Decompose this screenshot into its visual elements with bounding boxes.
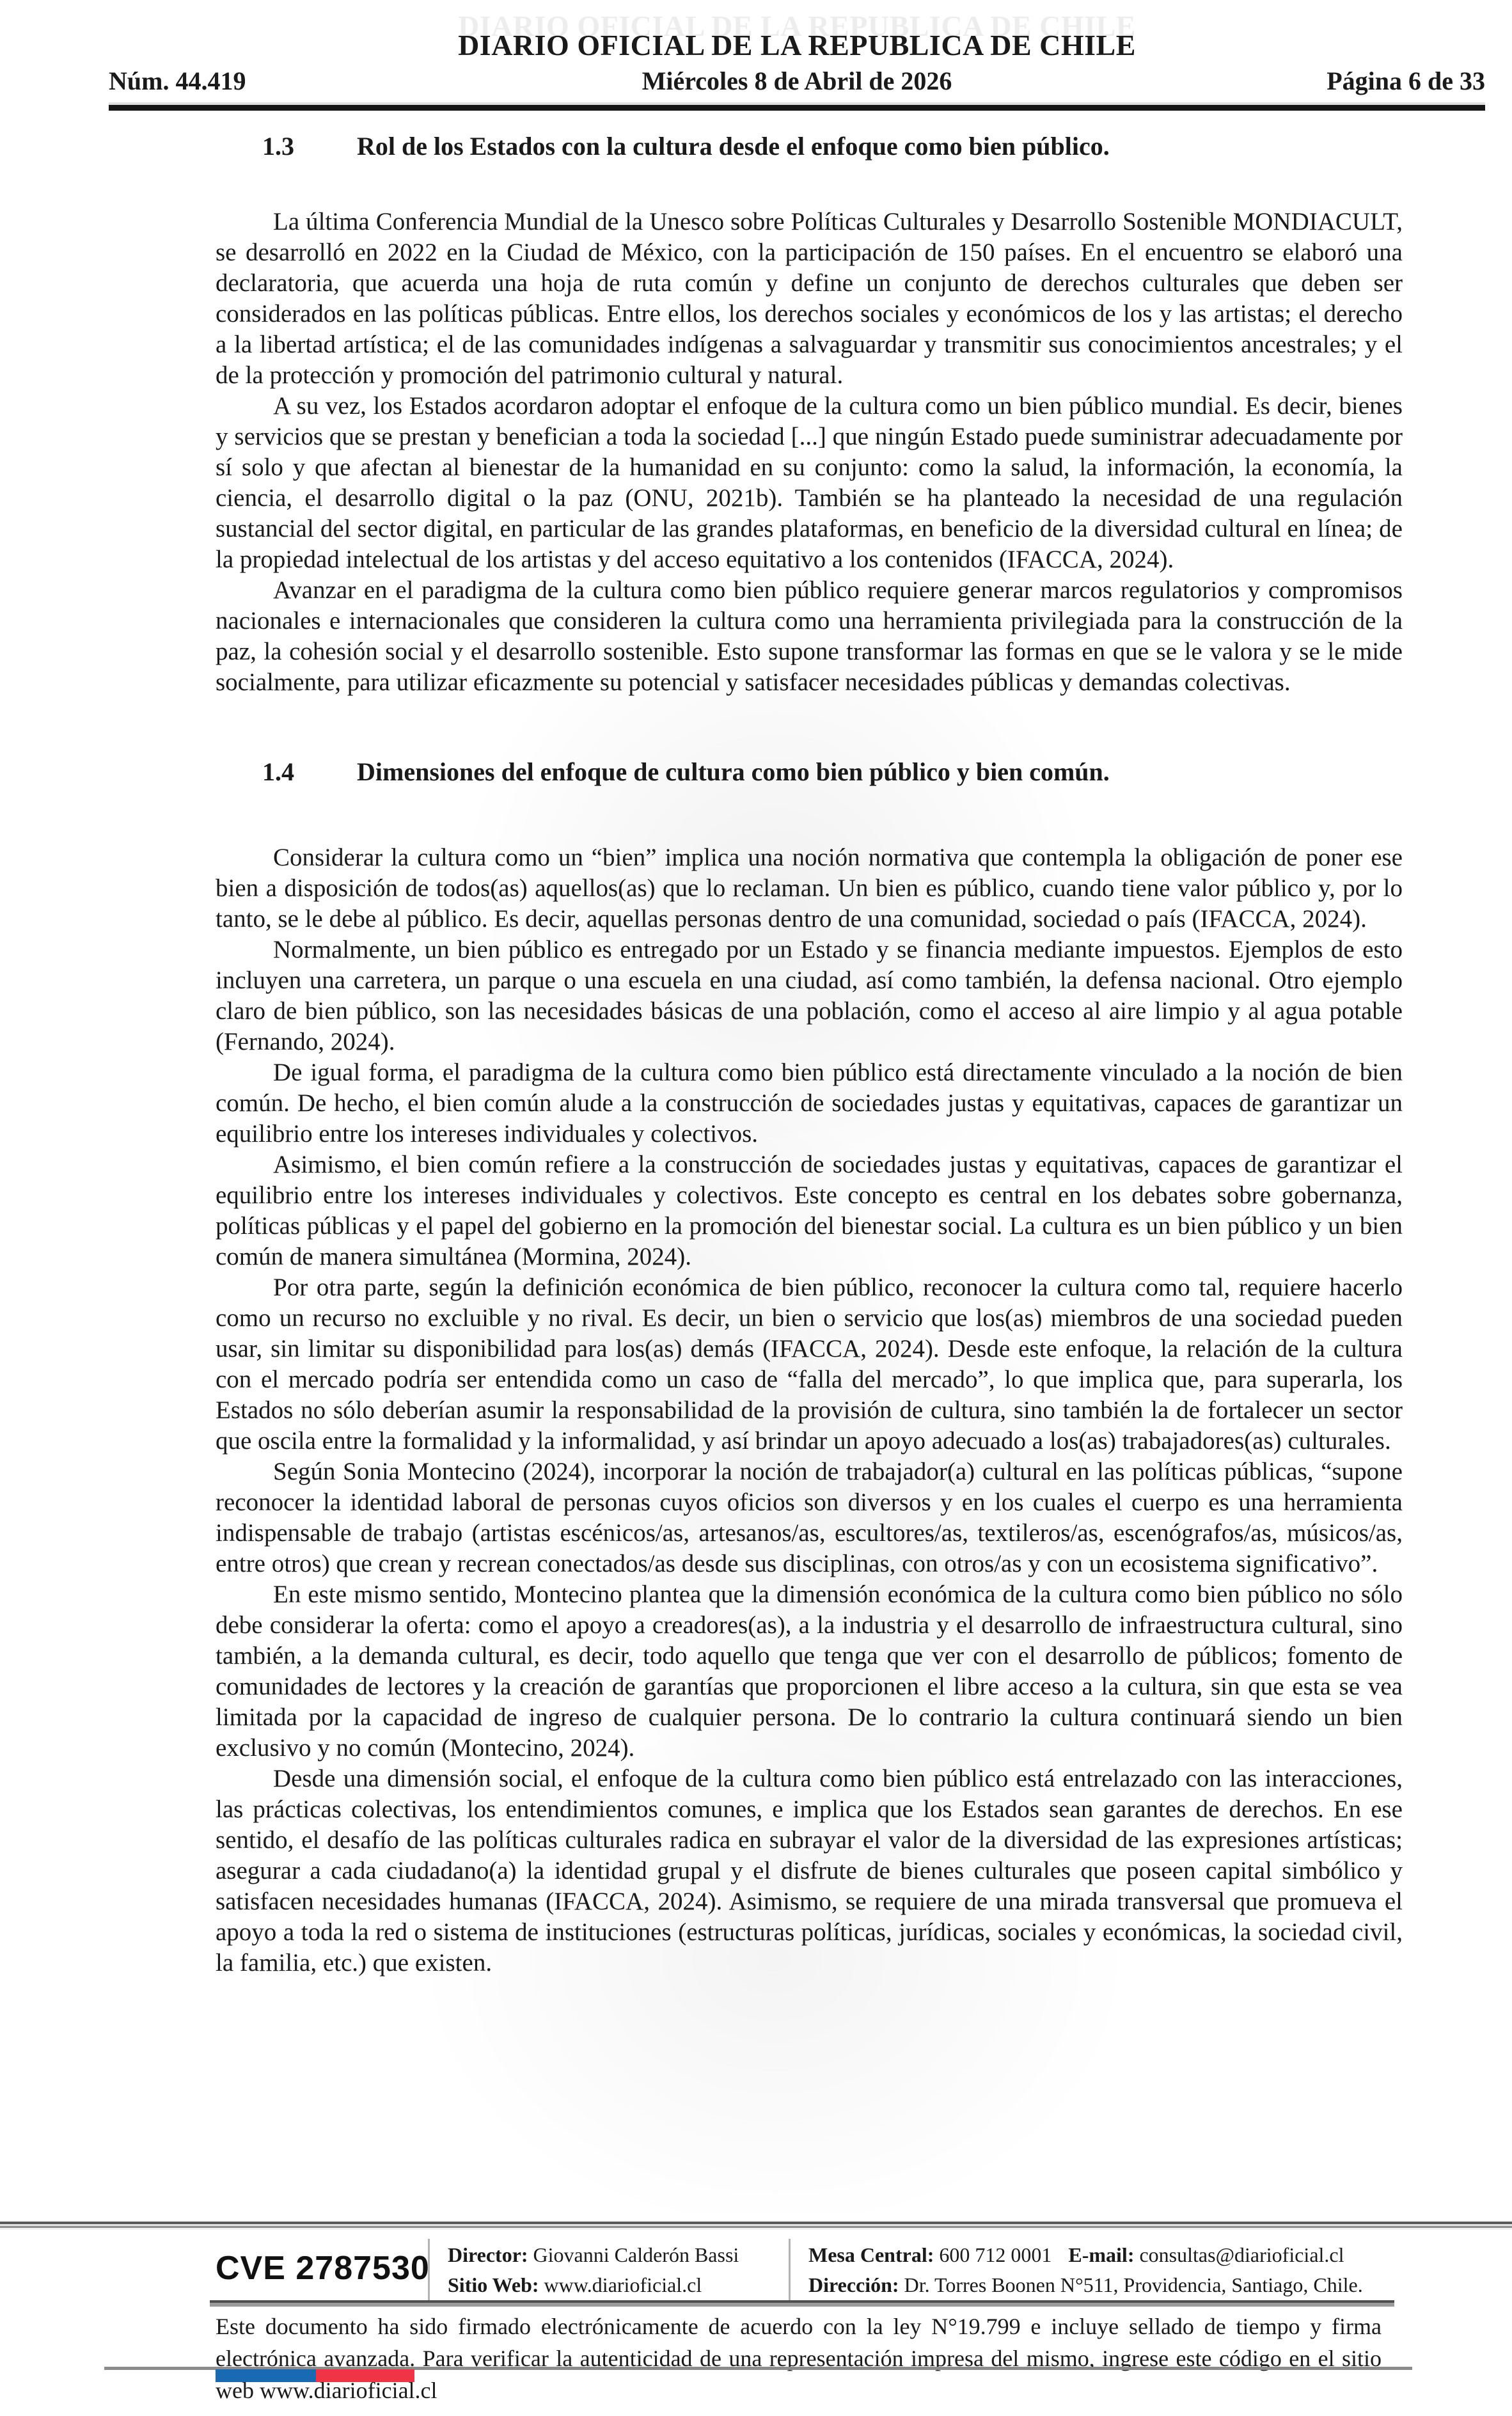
address-value: Dr. Torres Boonen N°511, Providencia, Sa… [904, 2273, 1363, 2296]
footer-divider [428, 2239, 430, 2303]
section-heading-1-3: 1.3Rol de los Estados con la cultura des… [216, 131, 1403, 162]
chile-flag-mark [216, 2369, 414, 2382]
masthead-title: DIARIO OFICIAL DE LA REPUBLICA DE CHILE [109, 27, 1485, 64]
paragraph: De igual forma, el paradigma de la cultu… [216, 1057, 1403, 1149]
flag-red-bar [316, 2369, 414, 2382]
website-line: Sitio Web: www.diarioficial.cl [448, 2270, 739, 2300]
footer-mid-rule [210, 2300, 1394, 2307]
paragraph: Desde una dimensión social, el enfoque d… [216, 1764, 1403, 1978]
paragraph: A su vez, los Estados acordaron adoptar … [216, 391, 1403, 575]
footer-director-block: Director: Giovanni Calderón Bassi Sitio … [448, 2240, 739, 2300]
paragraph: Por otra parte, según la definición econ… [216, 1272, 1403, 1457]
phone-email-line: Mesa Central: 600 712 0001E-mail: consul… [808, 2240, 1363, 2270]
email-address: consultas@diarioficial.cl [1139, 2243, 1344, 2266]
website-url: www.diarioficial.cl [544, 2273, 702, 2296]
section-title: Rol de los Estados con la cultura desde … [357, 132, 1110, 161]
email-label: E-mail: [1068, 2243, 1134, 2266]
page-indicator: Página 6 de 33 [952, 65, 1485, 97]
flag-blue-bar [216, 2369, 316, 2382]
phone-label: Mesa Central: [808, 2243, 934, 2266]
footer-divider [789, 2239, 791, 2303]
paragraph: En este mismo sentido, Montecino plantea… [216, 1579, 1403, 1764]
paragraph: Normalmente, un bien público es entregad… [216, 935, 1403, 1057]
paragraph: Avanzar en el paradigma de la cultura co… [216, 575, 1403, 698]
director-line: Director: Giovanni Calderón Bassi [448, 2240, 739, 2270]
section-title: Dimensiones del enfoque de cultura como … [357, 757, 1110, 786]
page-header: DIARIO OFICIAL DE LA REPUBLICA DE CHILE … [109, 27, 1485, 97]
paragraph: Considerar la cultura como un “bien” imp… [216, 842, 1403, 935]
director-label: Director: [448, 2243, 528, 2266]
header-rule [109, 105, 1485, 111]
section-number: 1.3 [262, 131, 357, 162]
section-heading-1-4: 1.4Dimensiones del enfoque de cultura co… [216, 757, 1403, 787]
address-line: Dirección: Dr. Torres Boonen N°511, Prov… [808, 2270, 1363, 2300]
document-page: DIARIO OFICIAL DE LA REPUBLICA DE CHILE … [0, 0, 1512, 2416]
footer-contact-block: Mesa Central: 600 712 0001E-mail: consul… [808, 2240, 1363, 2300]
edition-date: Miércoles 8 de Abril de 2026 [642, 65, 952, 97]
paragraph: La última Conferencia Mundial de la Unes… [216, 207, 1403, 391]
legal-notice: Este documento ha sido firmado electróni… [216, 2310, 1382, 2406]
director-name: Giovanni Calderón Bassi [533, 2243, 739, 2266]
section-number: 1.4 [262, 757, 357, 787]
footer-top-rule [0, 2222, 1512, 2230]
issue-number: Núm. 44.419 [109, 65, 642, 97]
cve-code: CVE 2787530 [216, 2249, 430, 2287]
phone-number: 600 712 0001 [939, 2243, 1051, 2266]
paragraph: Asimismo, el bien común refiere a la con… [216, 1149, 1403, 1272]
header-meta-row: Núm. 44.419 Miércoles 8 de Abril de 2026… [109, 65, 1485, 97]
article-body: 1.3Rol de los Estados con la cultura des… [216, 131, 1403, 1978]
paragraph: Según Sonia Montecino (2024), incorporar… [216, 1457, 1403, 1579]
address-label: Dirección: [808, 2273, 899, 2296]
website-label: Sitio Web: [448, 2273, 539, 2296]
